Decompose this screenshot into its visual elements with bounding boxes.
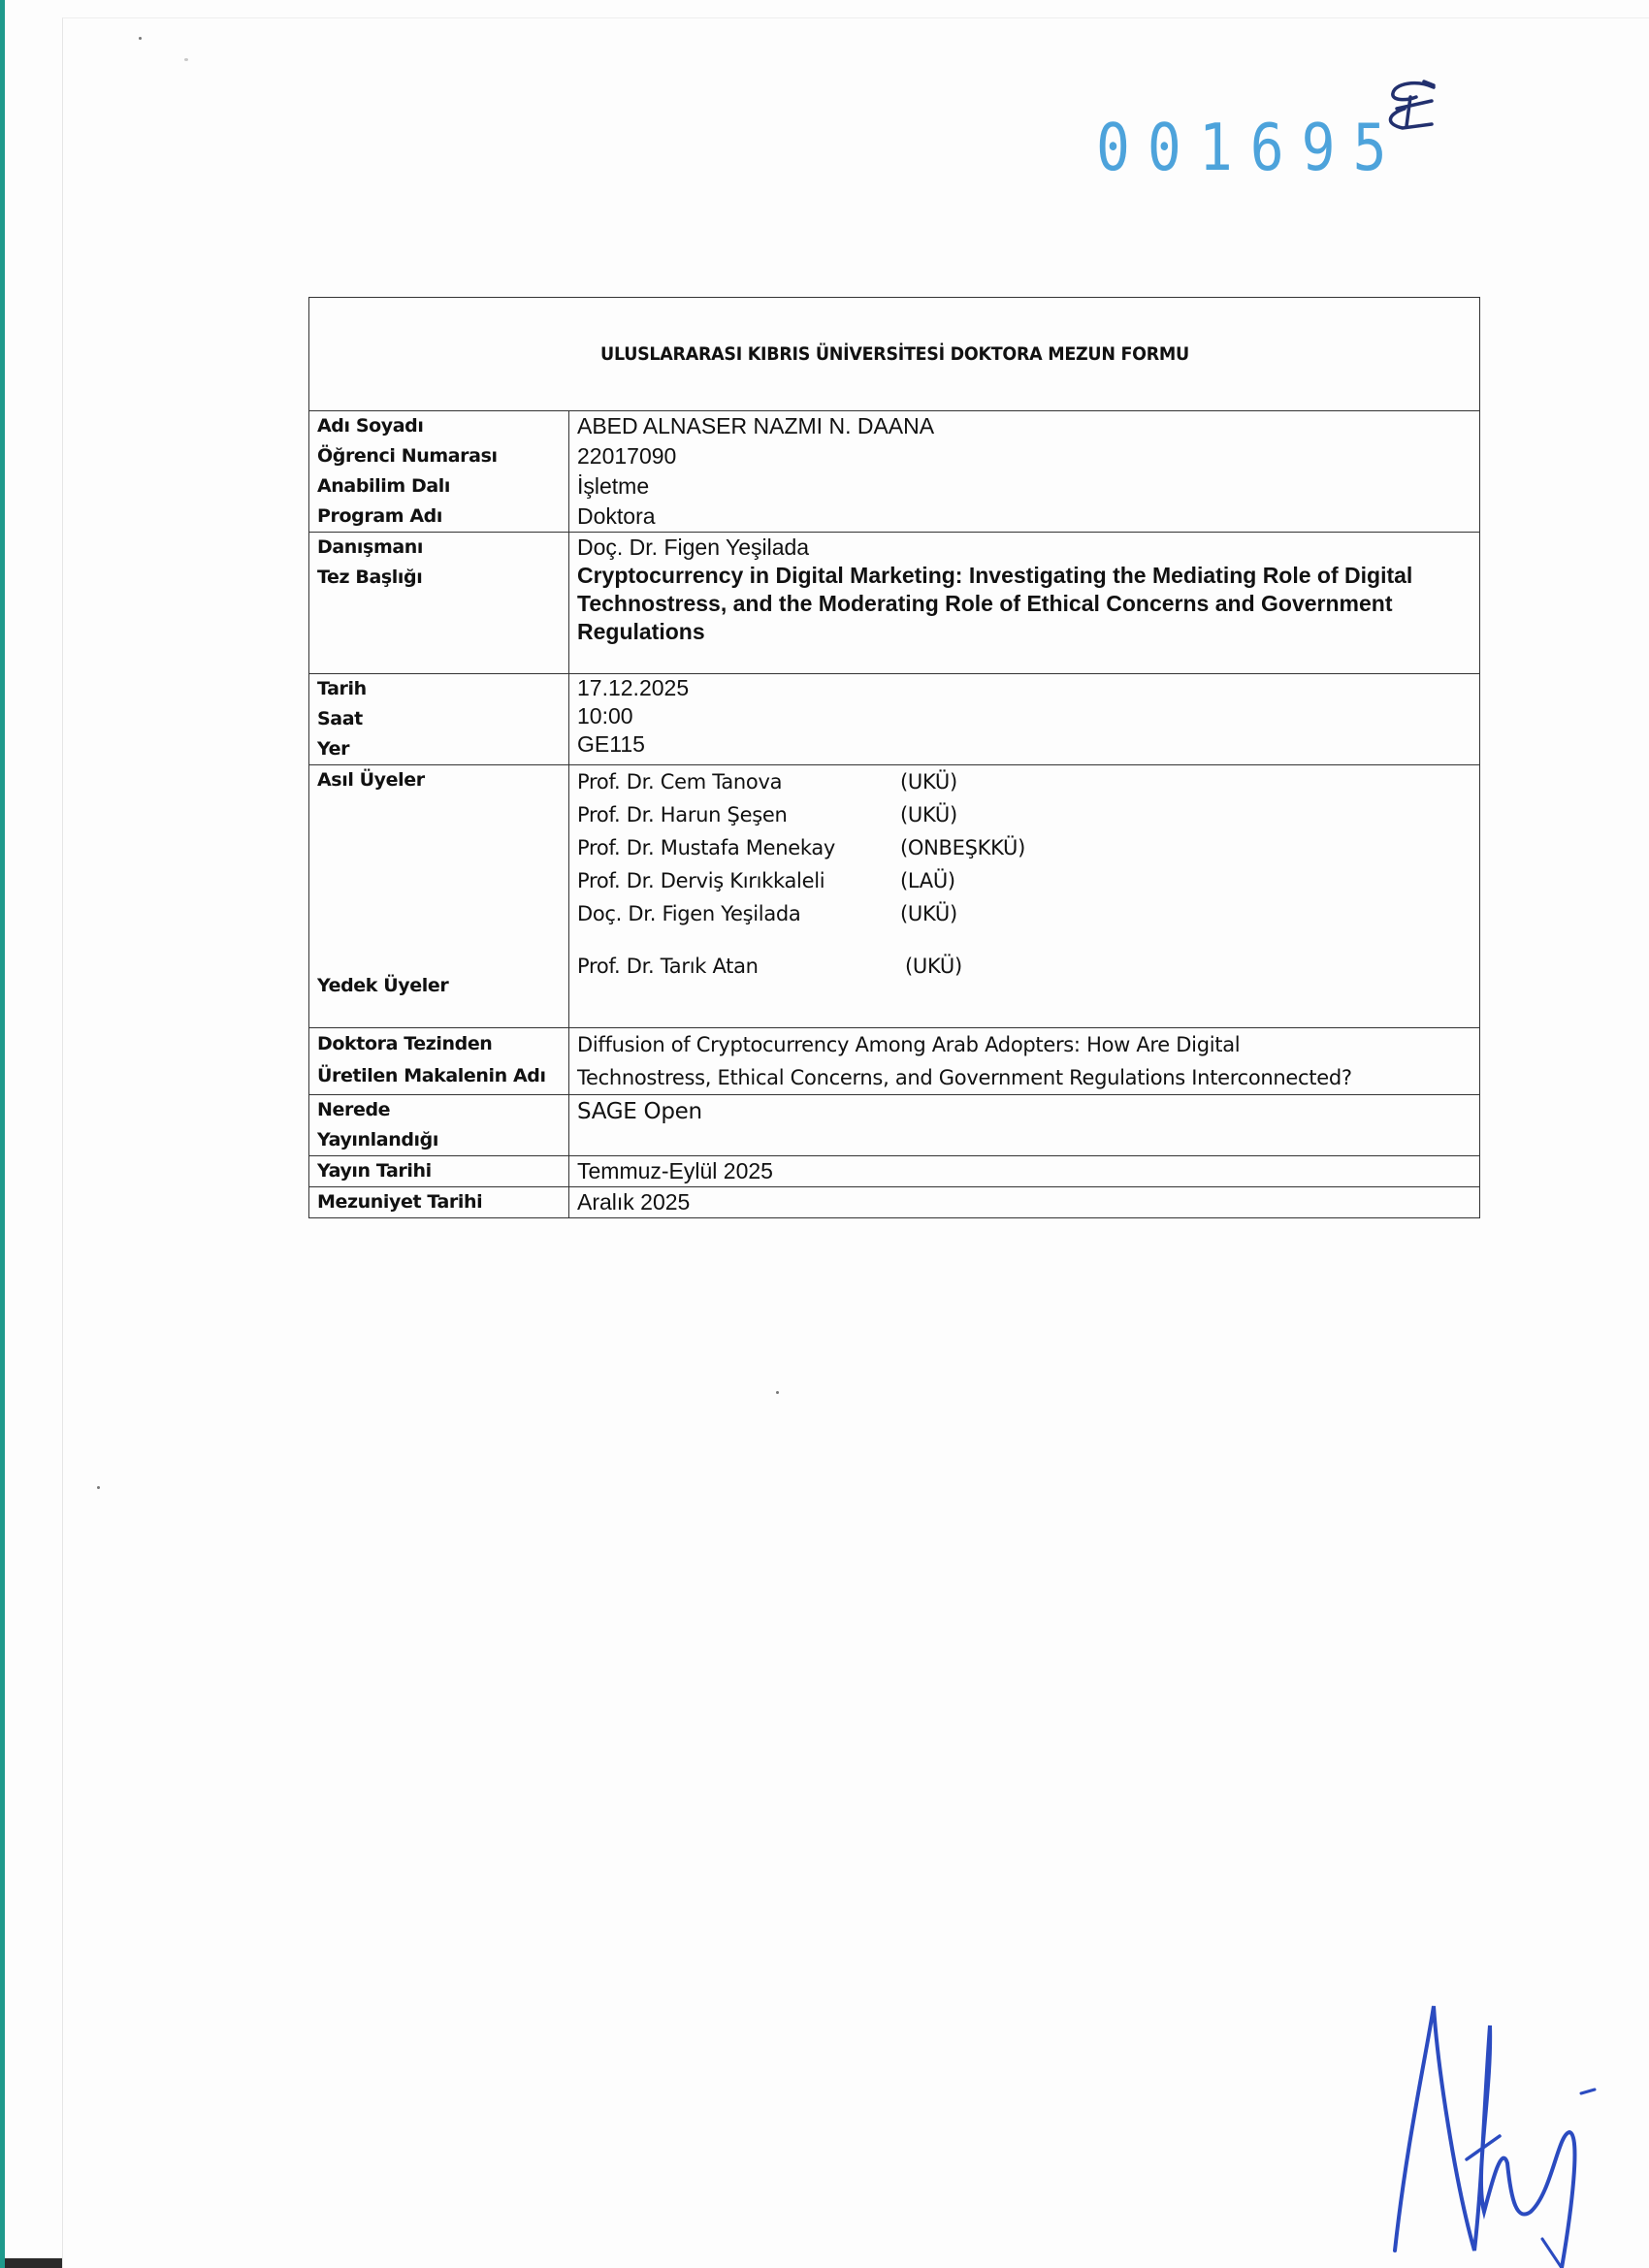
value-name: ABED ALNASER NAZMI N. DAANA [569, 411, 1479, 441]
scan-speck [97, 1486, 100, 1489]
label-student-number: Öğrenci Numarası [309, 441, 568, 471]
label-date: Tarih [309, 674, 568, 704]
value-article-line2: Technostress, Ethical Concerns, and Gove… [569, 1061, 1479, 1094]
handwritten-initial-icon [1377, 80, 1445, 157]
value-advisor: Doç. Dr. Figen Yeşilada [569, 533, 1479, 562]
label-name: Adı Soyadı [309, 411, 568, 441]
label-substitute-members: Yedek Üyeler [309, 971, 448, 1001]
value-date: 17.12.2025 [569, 674, 1479, 702]
value-department: İşletme [569, 471, 1479, 502]
label-advisor: Danışmanı [309, 533, 568, 563]
registry-stamp-number: 001695 [1096, 110, 1405, 185]
label-location: Yer [309, 734, 568, 764]
value-venue: SAGE Open [569, 1095, 1479, 1128]
value-thesis-title: Cryptocurrency in Digital Marketing: Inv… [569, 562, 1479, 646]
committee-member: Prof. Dr. Cem Tanova (UKÜ) [569, 765, 1479, 798]
label-department: Anabilim Dalı [309, 471, 568, 502]
value-program: Doktora [569, 502, 1479, 532]
venue-row: Nerede Yayınlandığı SAGE Open [309, 1095, 1480, 1156]
label-main-members: Asıl Üyeler [309, 765, 568, 795]
label-article-line1: Doktora Tezinden [309, 1028, 568, 1060]
label-thesis-title: Tez Başlığı [309, 563, 568, 593]
committee-member: Doç. Dr. Figen Yeşilada (UKÜ) [569, 897, 1479, 930]
scan-edge-strip [0, 0, 5, 2268]
scan-speck [184, 58, 188, 61]
label-venue-line1: Nerede [309, 1095, 568, 1125]
value-location: GE115 [569, 730, 1479, 759]
graduation-row: Mezuniyet Tarihi Aralık 2025 [309, 1187, 1480, 1218]
value-article-line1: Diffusion of Cryptocurrency Among Arab A… [569, 1028, 1479, 1061]
committee-member: Prof. Dr. Harun Şeşen (UKÜ) [569, 798, 1479, 831]
student-info-row: Adı Soyadı Öğrenci Numarası Anabilim Dal… [309, 411, 1480, 533]
thesis-row: Danışmanı Tez Başlığı Doç. Dr. Figen Yeş… [309, 533, 1480, 674]
value-pub-date: Temmuz-Eylül 2025 [569, 1156, 1479, 1186]
scan-speck [139, 37, 142, 40]
value-time: 10:00 [569, 702, 1479, 730]
label-program: Program Adı [309, 502, 568, 532]
scan-speck [776, 1391, 779, 1394]
value-graduation-date: Aralık 2025 [569, 1187, 1479, 1217]
article-row: Doktora Tezinden Üretilen Makalenin Adı … [309, 1028, 1480, 1095]
label-time: Saat [309, 704, 568, 734]
substitute-member: Prof. Dr. Tarık Atan (UKÜ) [569, 950, 1479, 983]
value-student-number: 22017090 [569, 441, 1479, 471]
label-graduation-date: Mezuniyet Tarihi [309, 1187, 568, 1217]
defense-row: Tarih Saat Yer 17.12.2025 10:00 GE115 [309, 674, 1480, 765]
graduation-form-table: ULUSLARARASI KIBRIS ÜNİVERSİTESİ DOKTORA… [308, 297, 1480, 1218]
label-article-line2: Üretilen Makalenin Adı [309, 1060, 568, 1092]
committee-row: Asıl Üyeler Yedek Üyeler Prof. Dr. Cem T… [309, 765, 1480, 1028]
committee-member: Prof. Dr. Mustafa Menekay (ONBEŞKKÜ) [569, 831, 1479, 864]
signature-icon [1377, 1989, 1649, 2268]
committee-member: Prof. Dr. Derviş Kırıkkaleli (LAÜ) [569, 864, 1479, 897]
label-pub-date: Yayın Tarihi [309, 1156, 568, 1186]
label-venue-line2: Yayınlandığı [309, 1125, 568, 1155]
form-title: ULUSLARARASI KIBRIS ÜNİVERSİTESİ DOKTORA… [356, 298, 1433, 411]
scan-edge-shadow [5, 2258, 63, 2268]
pub-date-row: Yayın Tarihi Temmuz-Eylül 2025 [309, 1156, 1480, 1187]
